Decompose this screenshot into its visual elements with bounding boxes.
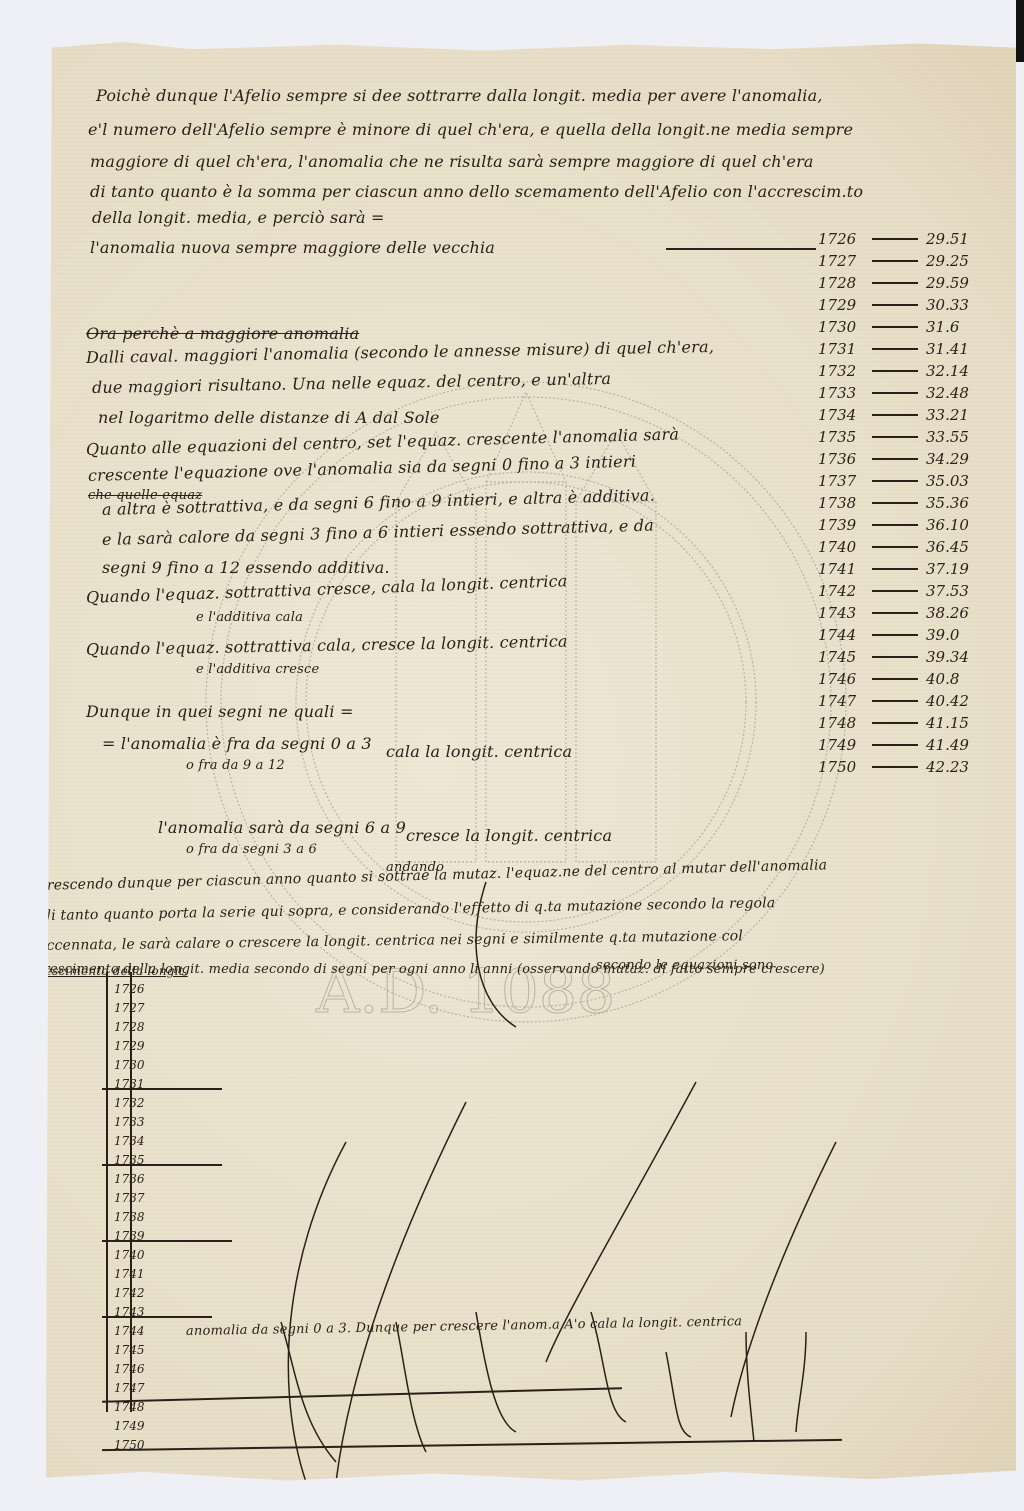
pen-strokes-drawing	[46, 42, 1016, 1482]
manuscript-page: A.D. 1088 Poichè dunque l'Afelio sempre …	[46, 42, 1016, 1482]
scan-edge-marker	[1016, 0, 1024, 62]
